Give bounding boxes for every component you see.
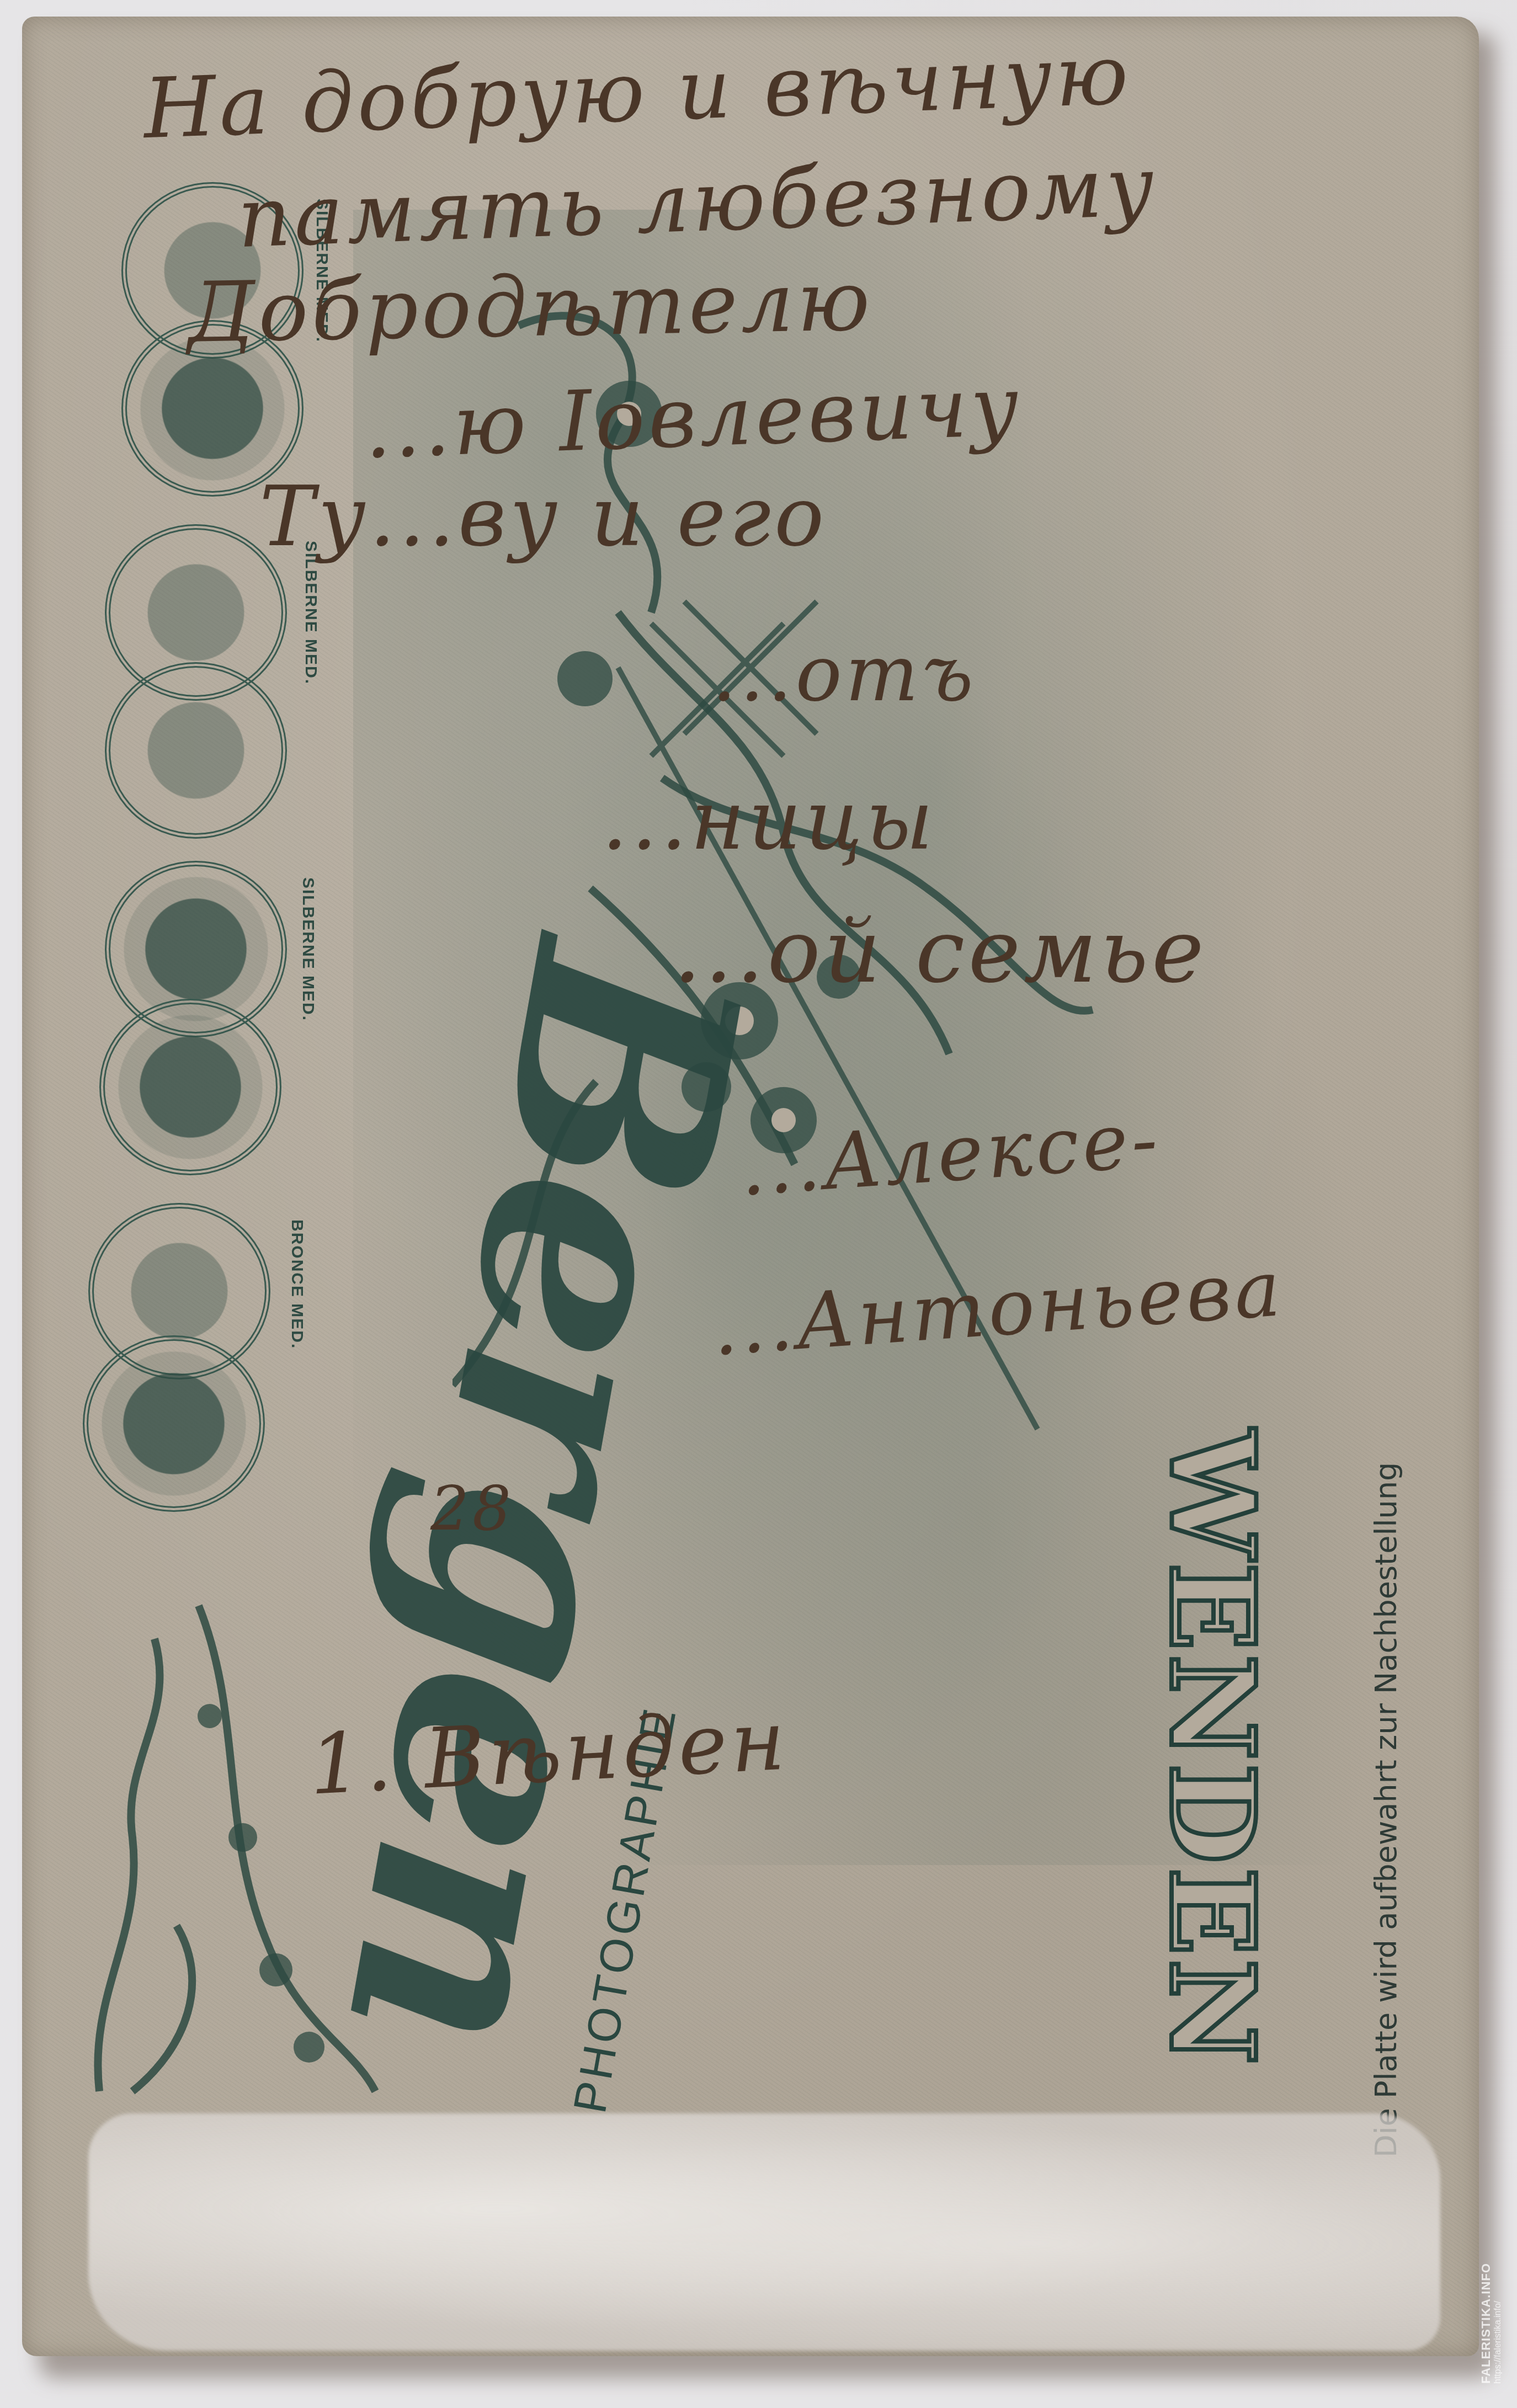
handwriting-line: ...Антоньева (710, 1244, 1287, 1373)
photographer-signature: Bergen (283, 924, 806, 2068)
watermark-title: FALERISTIKA.INFO (1479, 2351, 1493, 2384)
medal-label: BRONCE MED. (288, 1219, 306, 1349)
watermark-url: https://faleristika.info/ (1493, 2351, 1503, 2384)
city-name: WENDEN (1144, 1429, 1280, 2068)
handwriting-line: На добрую и вѣчную (142, 27, 1133, 157)
plate-note: Die Platte wird aufbewahrt zur Nachbeste… (1369, 1308, 1435, 2157)
handwriting-line: память любезному (236, 138, 1159, 267)
medal-icon (83, 1335, 265, 1512)
medal-icon (99, 999, 281, 1175)
cabinet-card-back: SILBERNE MED. SILBERNE MED. SILBERNE MED… (22, 17, 1479, 2356)
handwriting-line: ...ю Іовлевичу (363, 358, 1024, 477)
medal-label: SILBERNE MED. (299, 877, 317, 1021)
handwriting-line: ...ницы (602, 773, 936, 869)
medal-icon (105, 662, 287, 839)
handwriting-line: ...Алексе- (737, 1095, 1163, 1214)
watermark: FALERISTIKA.INFO https://faleristika.inf… (1479, 2351, 1503, 2384)
handwriting-line: Ту...ву и его (259, 469, 827, 565)
handwriting-line: Добродѣтелю (187, 253, 874, 361)
handwriting-date: 28 (430, 1473, 514, 1544)
handwriting-line: ...ой семье (673, 899, 1207, 1003)
plate-note-text: Die Platte wird aufbewahrt zur Nachbeste… (1369, 1462, 1403, 2157)
scuffed-area (88, 2113, 1440, 2351)
handwriting-line: ...отъ (712, 629, 977, 719)
medal-column: SILBERNE MED. SILBERNE MED. SILBERNE MED… (99, 182, 331, 1534)
